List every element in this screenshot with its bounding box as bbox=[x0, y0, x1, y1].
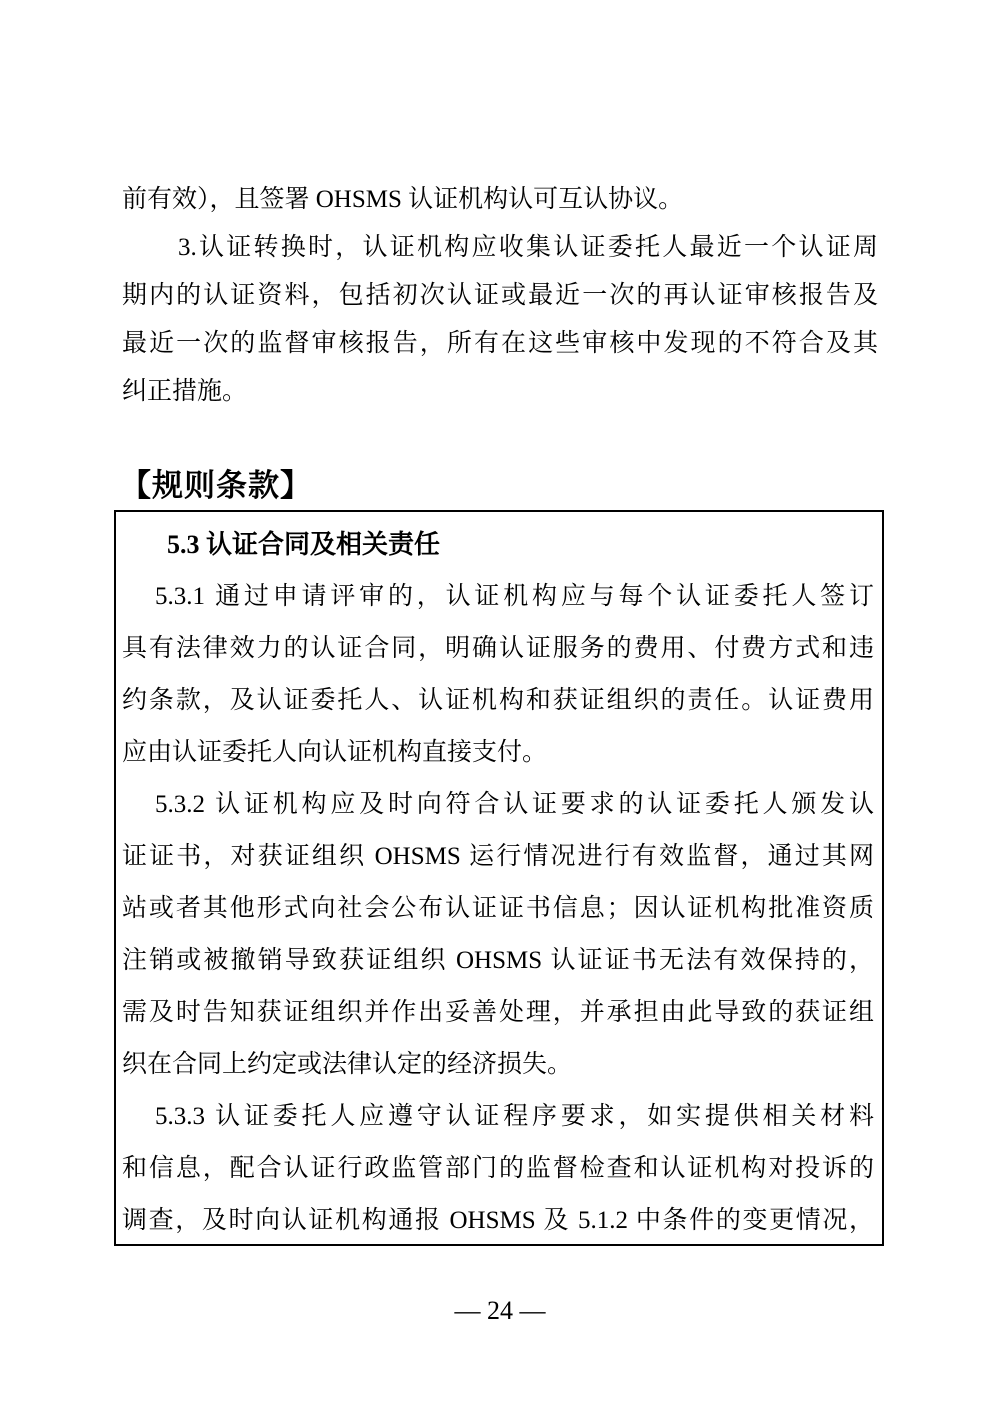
text-line: 期内的认证资料，包括初次认证或最近一次的再认证审核报告及 bbox=[122, 272, 878, 320]
rules-clause-header: 【规则条款】 bbox=[120, 466, 312, 506]
text-line: 5.3.2 认证机构应及时向符合认证要求的认证委托人颁发认 bbox=[122, 779, 874, 831]
text-line: 需及时告知获证组织并作出妥善处理，并承担由此导致的获证组 bbox=[122, 987, 874, 1039]
text-line: 和信息，配合认证行政监管部门的监督检查和认证机构对投诉的 bbox=[122, 1143, 874, 1195]
text-line: 证证书，对获证组织 OHSMS 运行情况进行有效监督，通过其网 bbox=[122, 831, 874, 883]
text-line: 站或者其他形式向社会公布认证证书信息；因认证机构批准资质 bbox=[122, 883, 874, 935]
text-line: 约条款，及认证委托人、认证机构和获证组织的责任。认证费用 bbox=[122, 675, 874, 727]
page-number: — 24 — bbox=[0, 1294, 1000, 1328]
document-page: 前有效），且签署 OHSMS 认证机构认可互认协议。 3.认证转换时，认证机构应… bbox=[0, 0, 1000, 1414]
text-line: 5.3.1 通过申请评审的，认证机构应与每个认证委托人签订 bbox=[122, 571, 874, 623]
rule-clause-box: 5.3 认证合同及相关责任 5.3.1 通过申请评审的，认证机构应与每个认证委托… bbox=[114, 510, 884, 1246]
text-line: 织在合同上约定或法律认定的经济损失。 bbox=[122, 1039, 874, 1091]
text-line: 应由认证委托人向认证机构直接支付。 bbox=[122, 727, 874, 779]
intro-paragraphs: 前有效），且签署 OHSMS 认证机构认可互认协议。 3.认证转换时，认证机构应… bbox=[122, 176, 878, 416]
text-line: 具有法律效力的认证合同，明确认证服务的费用、付费方式和违 bbox=[122, 623, 874, 675]
text-line: 3.认证转换时，认证机构应收集认证委托人最近一个认证周 bbox=[122, 224, 878, 272]
text-line: 5.3.3 认证委托人应遵守认证程序要求，如实提供相关材料 bbox=[122, 1091, 874, 1143]
clause-5-3-heading: 5.3 认证合同及相关责任 bbox=[122, 519, 874, 571]
text-line: 最近一次的监督审核报告，所有在这些审核中发现的不符合及其 bbox=[122, 320, 878, 368]
text-line: 注销或被撤销导致获证组织 OHSMS 认证证书无法有效保持的， bbox=[122, 935, 874, 987]
text-line: 纠正措施。 bbox=[122, 368, 878, 416]
text-line: 调查，及时向认证机构通报 OHSMS 及 5.1.2 中条件的变更情况， bbox=[122, 1195, 874, 1247]
text-line: 前有效），且签署 OHSMS 认证机构认可互认协议。 bbox=[122, 176, 878, 224]
